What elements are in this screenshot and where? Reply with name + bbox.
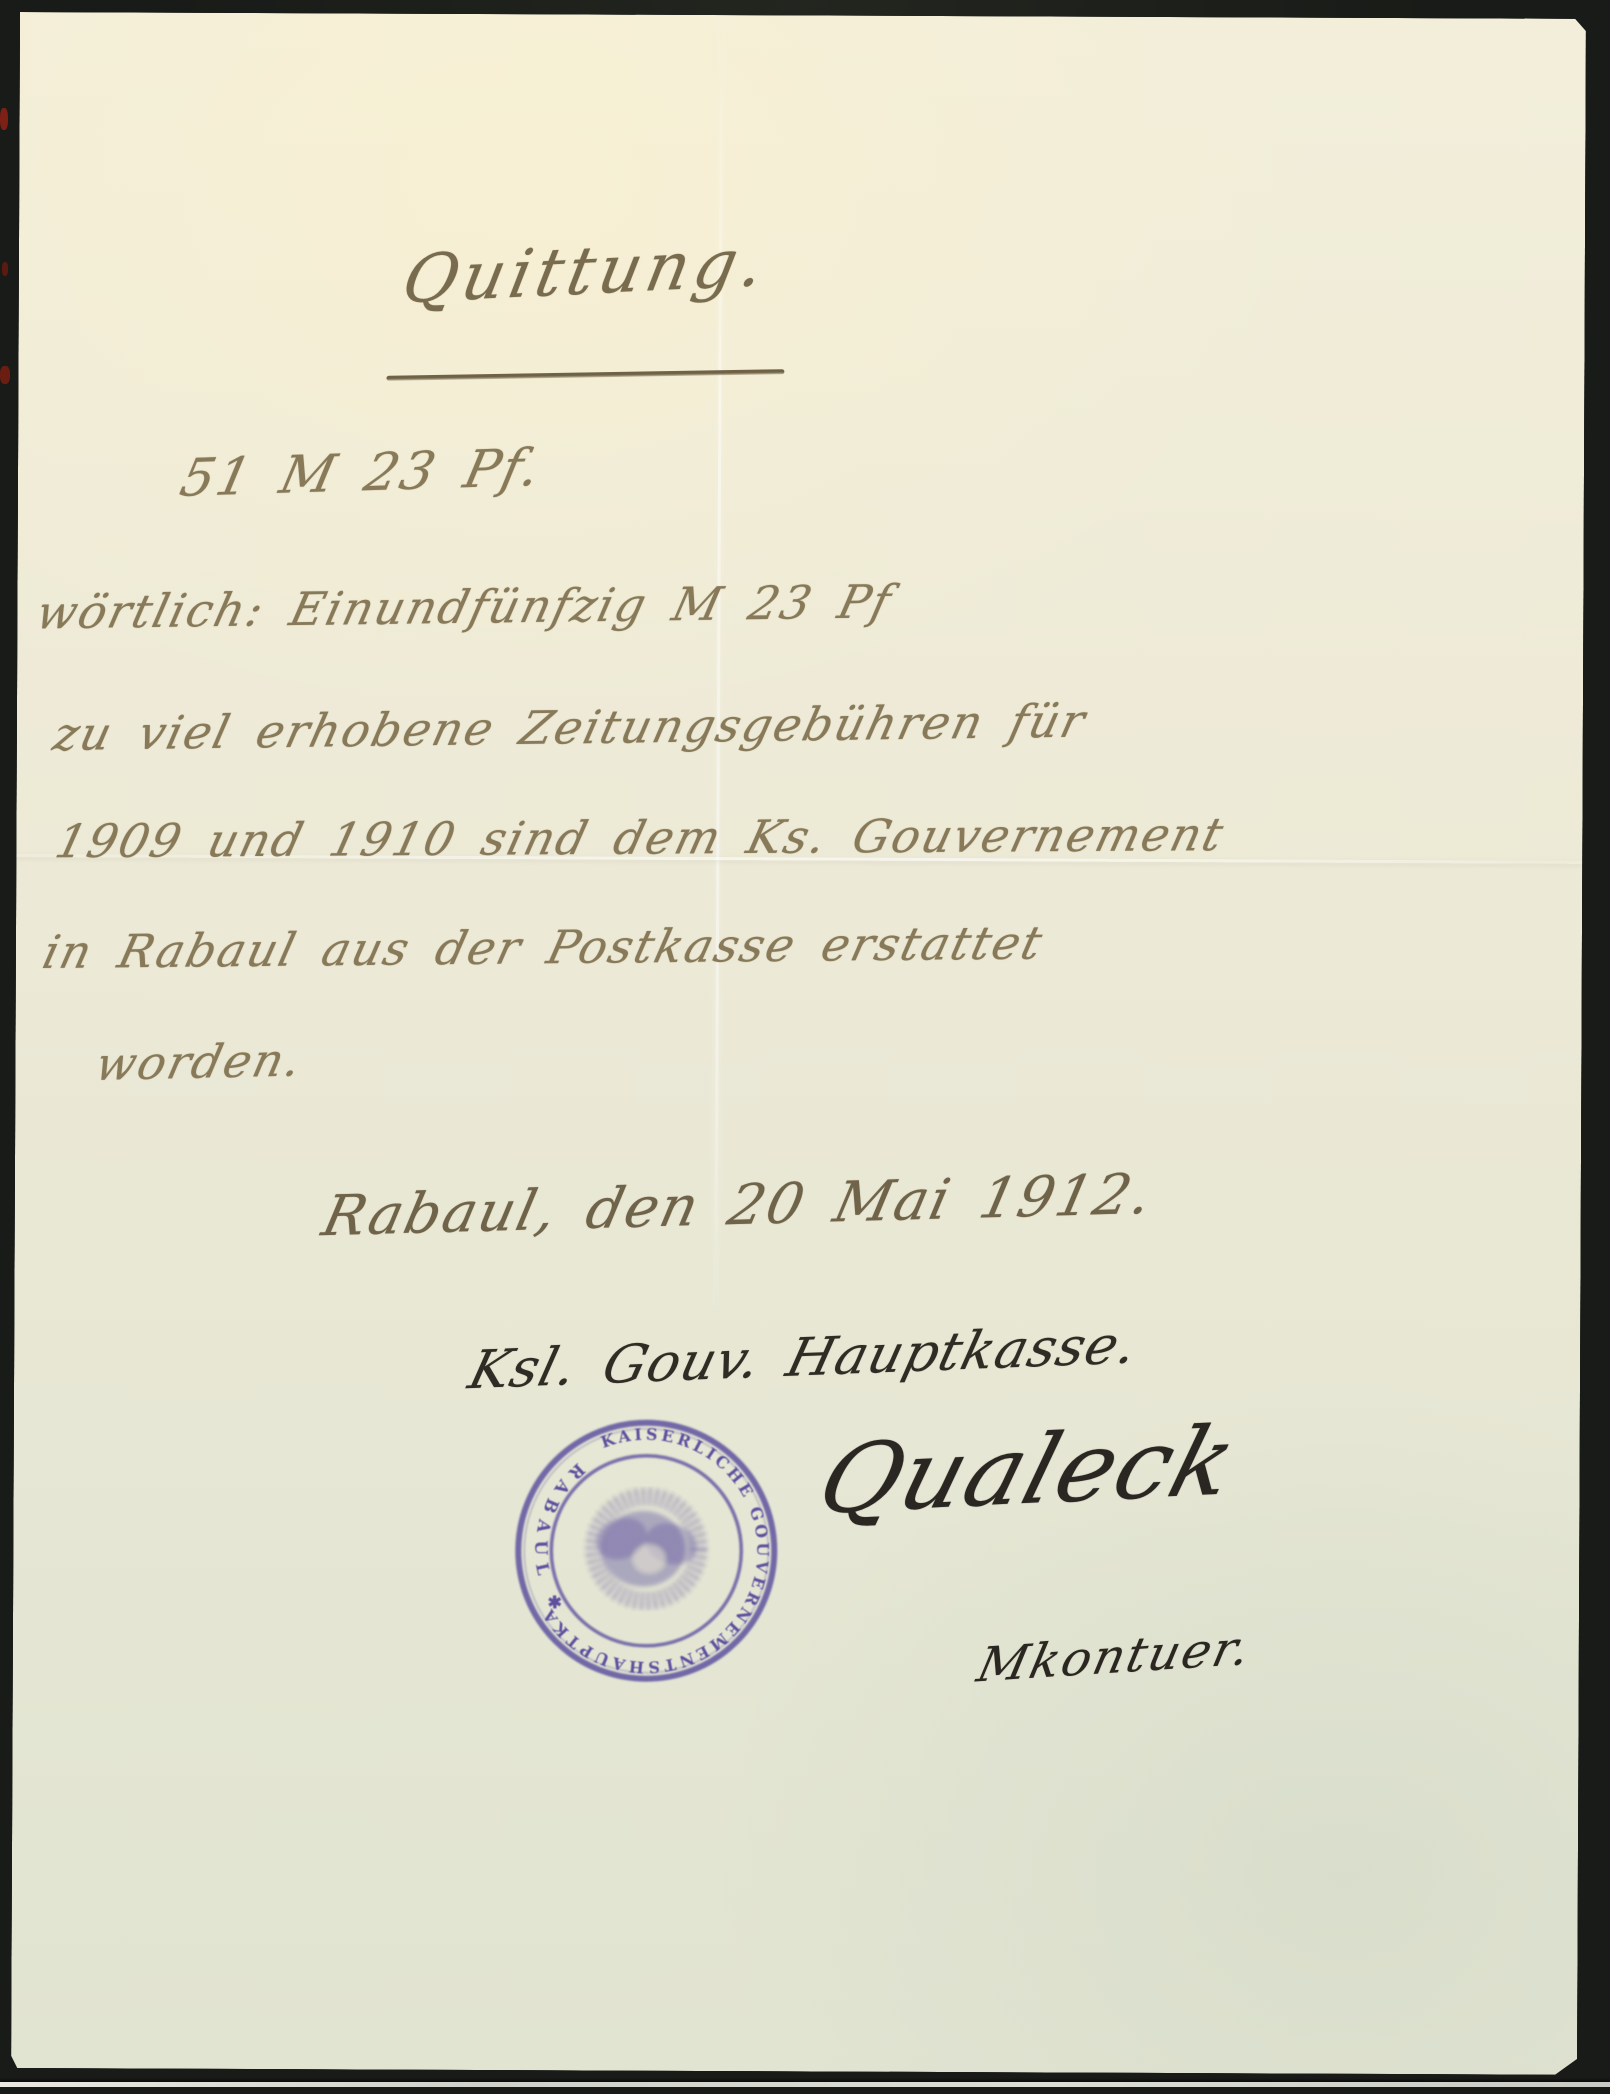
fold-crease-vertical (714, 15, 723, 1310)
amount-line: 51 M 23 Pf. (175, 438, 547, 509)
body-line-years: 1909 und 1910 sind dem Ks. Gouvernement (50, 807, 1230, 868)
imperial-eagle-emblem (590, 1497, 703, 1601)
official-stamp: KAISERLICHE GOUVERNEMENTSHAUPTKASSE RABA… (501, 1398, 792, 1699)
document-paper: Quittung. 51 M 23 Pf. wörtlich: Einundfü… (11, 12, 1586, 2075)
signature: Qualeck (807, 1405, 1249, 1536)
scan-bottom-line (0, 2082, 1610, 2087)
place-date-line: Rabaul, den 20 Mai 1912. (317, 1162, 1160, 1249)
body-line-reason: zu viel erhobene Zeitungsgebühren für (48, 694, 1092, 761)
issuer-line: Ksl. Gouv. Hauptkasse. (463, 1315, 1144, 1402)
scan-background: Quittung. 51 M 23 Pf. wörtlich: Einundfü… (0, 0, 1610, 2094)
scan-edge-speck (2, 262, 8, 276)
body-line-words-amount: wörtlich: Einundfünfzig M 23 Pf (31, 574, 898, 639)
title-underline (386, 369, 784, 381)
body-line-refund: in Rabaul aus der Postkasse erstattet (38, 916, 1049, 979)
scan-edge-speck (0, 108, 8, 130)
body-line-worden: worden. (91, 1033, 309, 1091)
countersignature: Mkontuer. (972, 1620, 1257, 1693)
scan-edge-speck (0, 366, 10, 384)
